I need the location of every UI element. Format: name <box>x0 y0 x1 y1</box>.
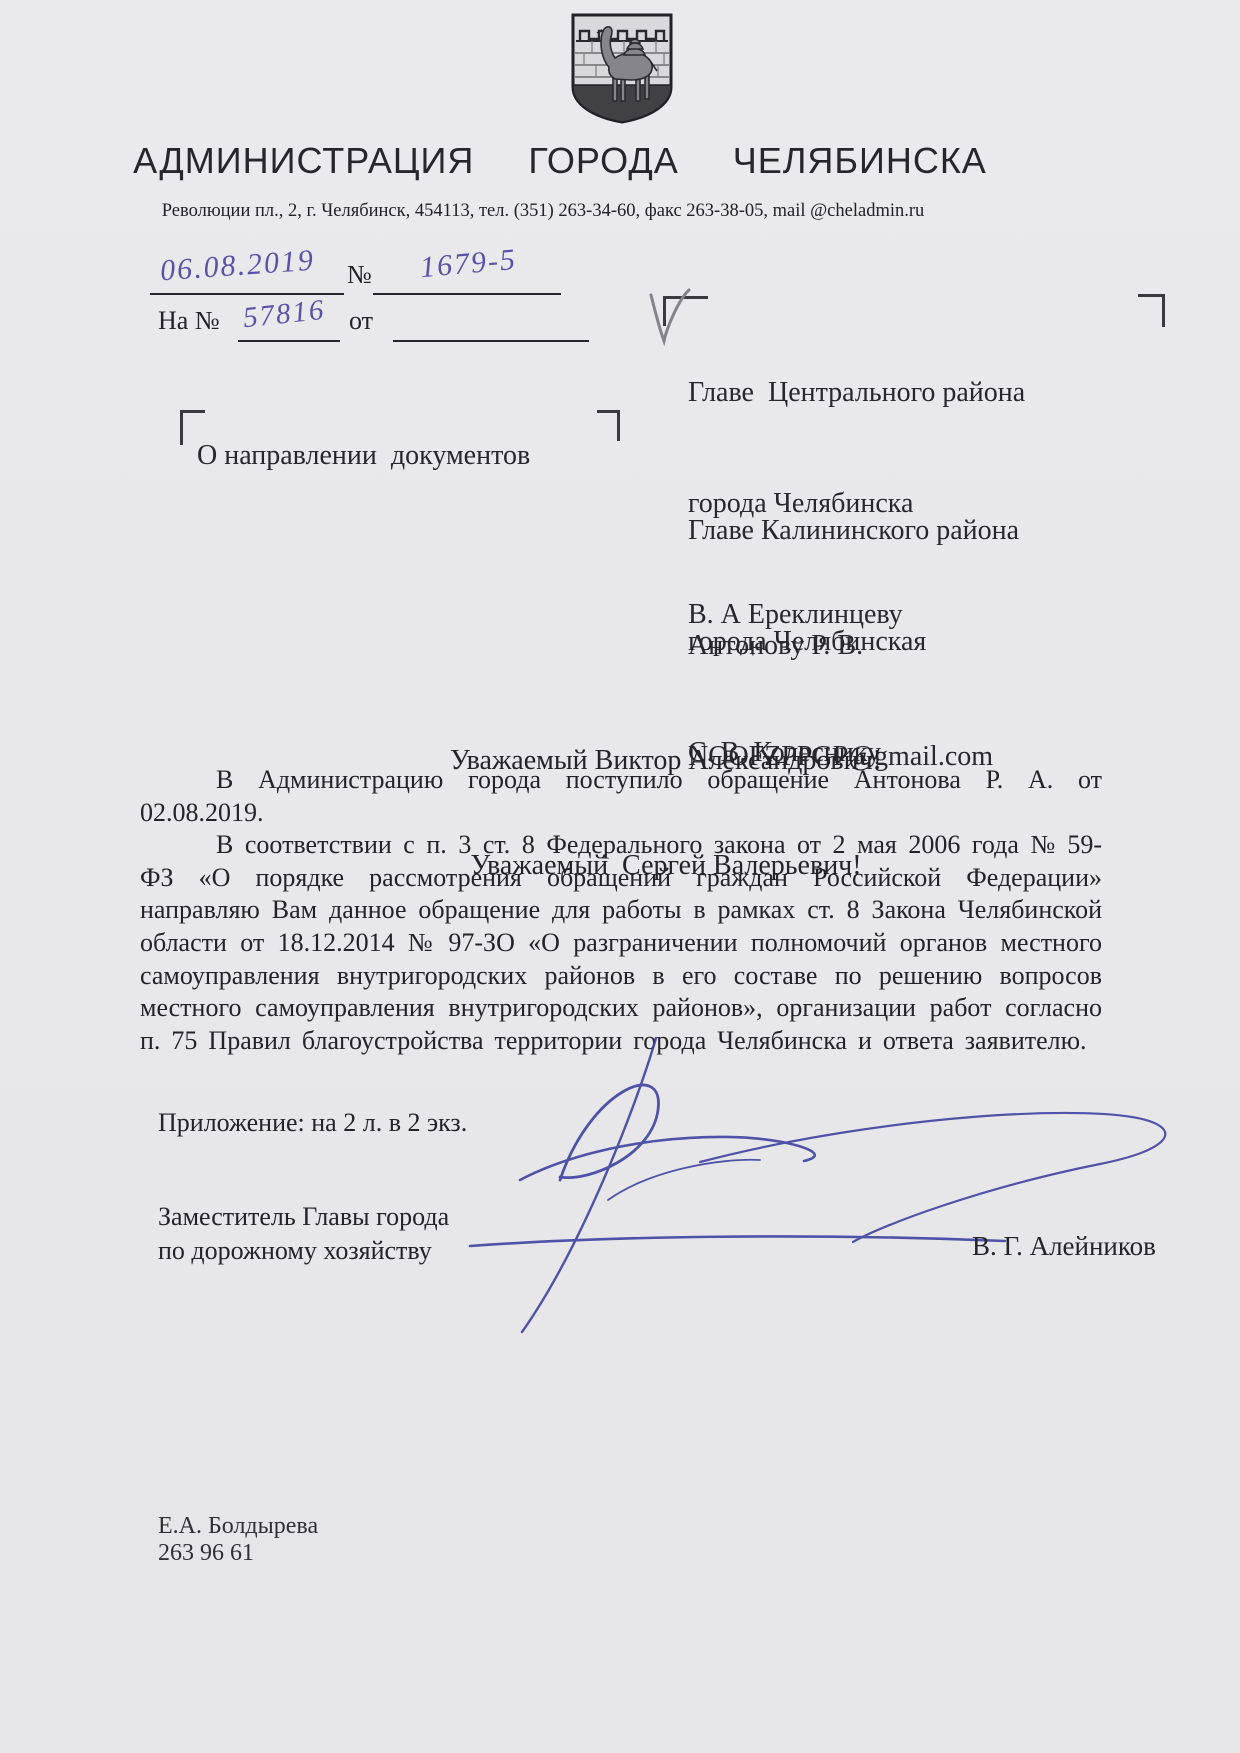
executor-info: Е.А. Болдырева 263 96 61 <box>158 1513 318 1567</box>
letter-subject: О направлении документов <box>197 440 530 472</box>
organization-address: Революции пл., 2, г. Челябинск, 454113, … <box>0 201 1086 222</box>
number-label: № <box>347 260 372 290</box>
signer-name: В. Г. Алейников <box>972 1231 1156 1262</box>
handwritten-incoming-number: 57816 <box>242 294 327 335</box>
handwritten-outgoing-number: 1679-5 <box>419 243 519 285</box>
number-underline <box>373 293 561 295</box>
from-date-underline <box>393 340 589 342</box>
handwritten-checkmark-icon <box>644 287 692 347</box>
chelyabinsk-camel-shield-icon <box>566 10 678 128</box>
incoming-number-underline <box>238 340 340 342</box>
organization-name: АДМИНИСТРАЦИЯ ГОРОДА ЧЕЛЯБИНСКА <box>0 140 1120 182</box>
letter-body: В Администрацию города поступило обращен… <box>140 764 1102 1057</box>
signer-position-line: Заместитель Главы города <box>158 1200 449 1234</box>
coat-of-arms-emblem <box>566 10 678 128</box>
recipient-line: Главе Калининского района <box>688 512 1019 549</box>
signer-position-line: по дорожному хозяйству <box>158 1234 449 1268</box>
attachment-note: Приложение: на 2 л. в 2 экз. <box>158 1108 467 1138</box>
body-paragraph: В Администрацию города поступило обращен… <box>140 764 1102 829</box>
incoming-number-label: На № <box>158 306 220 336</box>
executor-phone: 263 96 61 <box>158 1540 318 1567</box>
subject-zone-corner-mark-right <box>597 410 620 441</box>
recipient-line: Антонову Р. В. <box>688 627 993 664</box>
handwritten-signature <box>460 1030 1190 1345</box>
scanned-letter-page: АДМИНИСТРАЦИЯ ГОРОДА ЧЕЛЯБИНСКА Революци… <box>0 0 1240 1753</box>
handwritten-date: 06.08.2019 <box>159 244 316 289</box>
from-date-label: от <box>349 306 373 336</box>
recipient-line: Главе Центрального района <box>688 374 1025 411</box>
signer-position: Заместитель Главы города по дорожному хо… <box>158 1200 449 1268</box>
address-zone-corner-mark-right <box>1138 294 1165 327</box>
executor-name: Е.А. Болдырева <box>158 1513 318 1540</box>
body-paragraph: В соответствии с п. 3 ст. 8 Федерального… <box>140 829 1102 1057</box>
